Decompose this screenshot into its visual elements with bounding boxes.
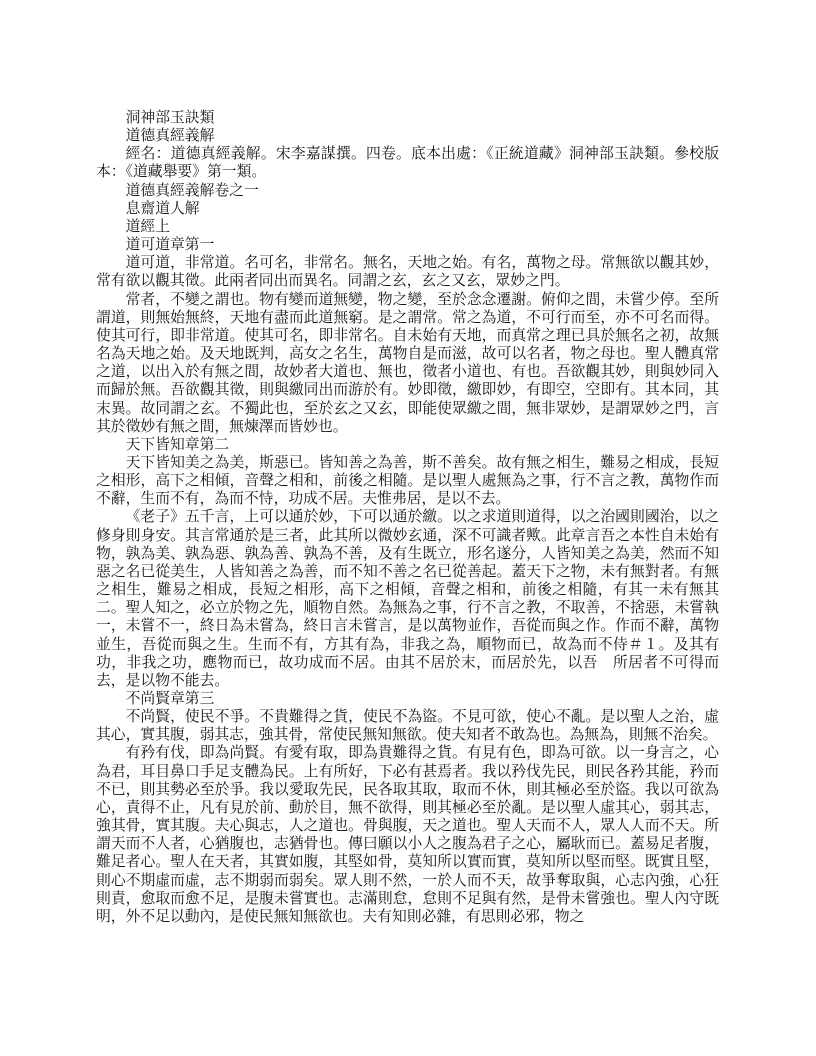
commentary: 有矜有伐，即為尚賢。有愛有取，即為貴難得之貨。有見有色，即為可欲。以一身言之，心… — [96, 744, 719, 926]
volume-heading: 道德真經義解卷之一 — [96, 182, 719, 200]
chapter-heading: 不尚賢章第三 — [96, 690, 719, 708]
chapter-heading: 道可道章第一 — [96, 236, 719, 254]
scripture: 不尚賢，使民不爭。不貴難得之貨，使民不為盜。不見可欲，使心不亂。是以聖人之治，虛… — [96, 708, 719, 744]
chapter-heading: 天下皆知章第二 — [96, 436, 719, 454]
part-heading: 道經上 — [96, 218, 719, 236]
collection-heading: 洞神部玉訣類 — [96, 109, 719, 127]
commentary: 《老子》五千言，上可以通於妙，下可以通於繳。以之求道則道得，以之治國則國治，以之… — [96, 508, 719, 690]
scripture: 道可道，非常道。名可名，非常名。無名，天地之始。有名，萬物之母。常無欲以觀其妙，… — [96, 254, 719, 290]
title-heading: 道德真經義解 — [96, 127, 719, 145]
scripture: 天下皆知美之為美，斯惡已。皆知善之為善，斯不善矣。故有無之相生，難易之相成，長短… — [96, 454, 719, 508]
document-page: 洞神部玉訣類道德真經義解經名：道德真經義解。宋李嘉謀撰。四卷。底本出處：《正統道… — [0, 0, 816, 1056]
colophon: 經名：道德真經義解。宋李嘉謀撰。四卷。底本出處：《正統道藏》洞神部玉訣類。參校版… — [96, 145, 719, 181]
author-line: 息齋道人解 — [96, 200, 719, 218]
commentary: 常者，不變之謂也。物有變而道無變，物之變，至於念念遷謝。俯仰之間，未嘗少停。至所… — [96, 291, 719, 436]
text-block: 洞神部玉訣類道德真經義解經名：道德真經義解。宋李嘉謀撰。四卷。底本出處：《正統道… — [96, 109, 719, 926]
